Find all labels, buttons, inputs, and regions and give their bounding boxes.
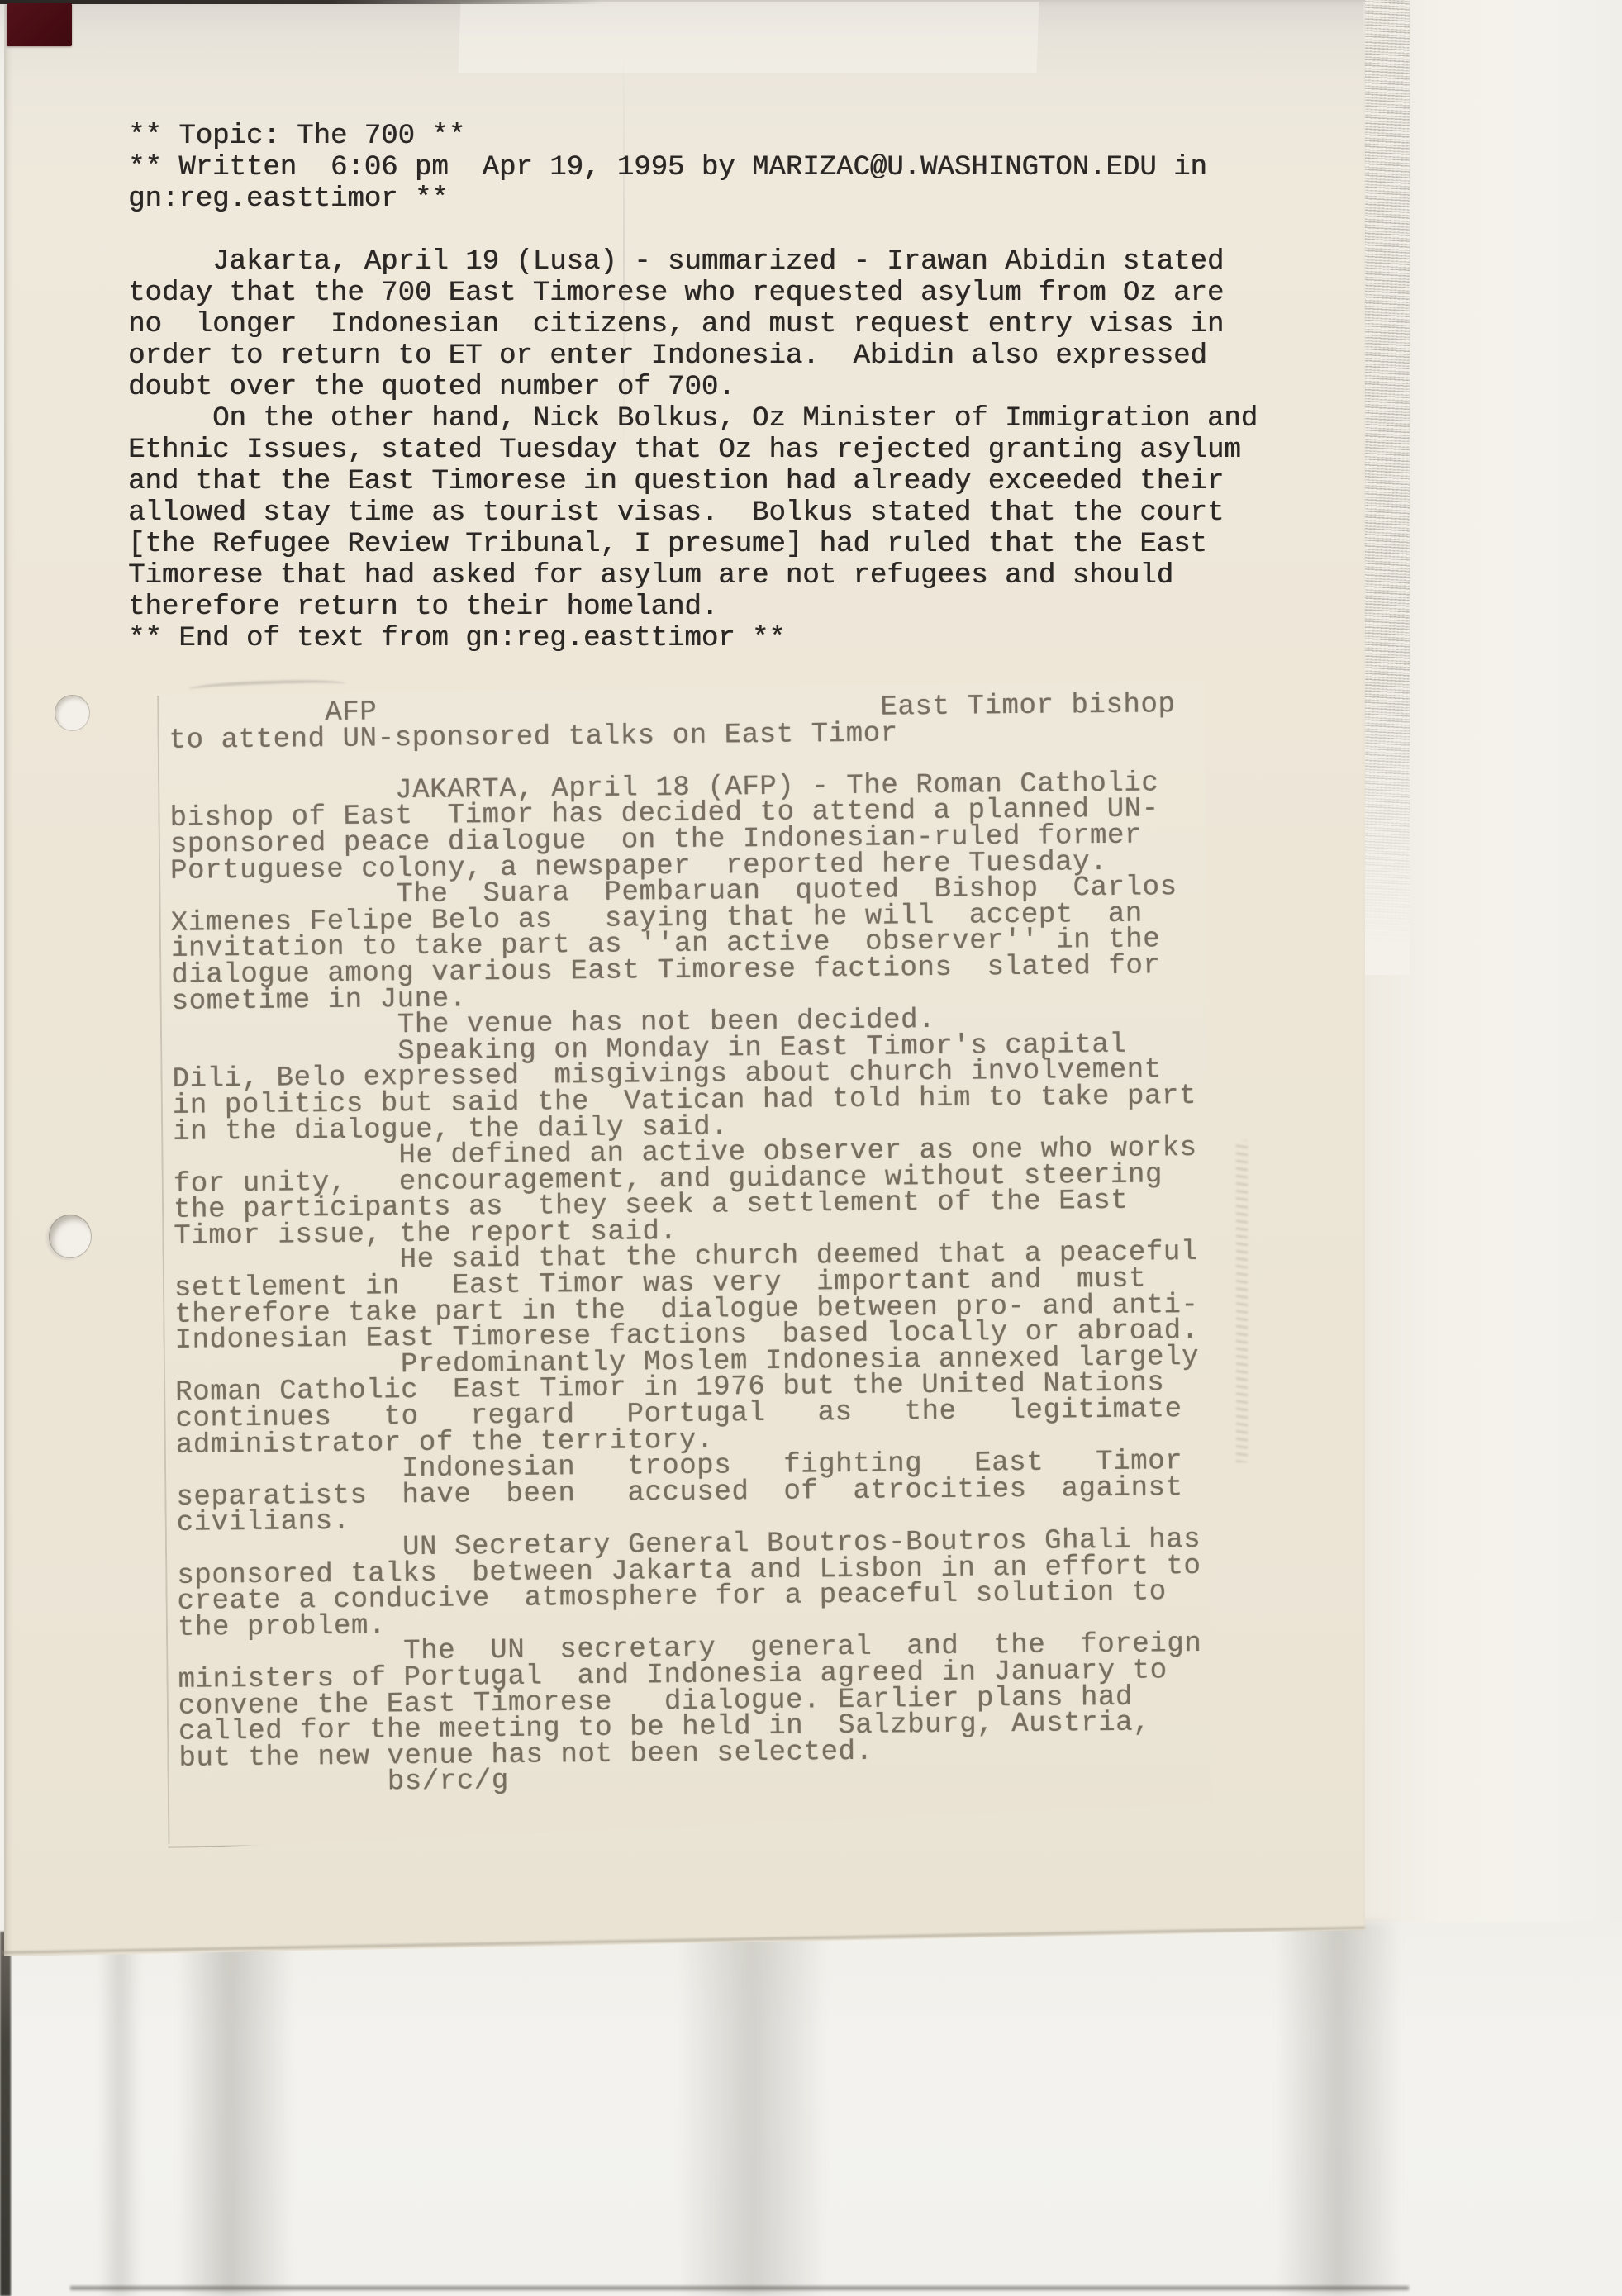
scan-edge-shadow-left bbox=[0, 1932, 11, 2296]
scan-edge-shadow-top bbox=[0, 0, 603, 4]
clipping-text: AFP East Timor bishop to attend UN-spons… bbox=[169, 692, 1203, 1799]
message-header-text: ** Topic: The 700 ** ** Written 6:06 pm … bbox=[128, 121, 1207, 215]
copier-streak bbox=[99, 1922, 140, 2296]
punch-hole-top bbox=[55, 695, 90, 731]
scan-top-highlight bbox=[458, 2, 1039, 73]
scanner-grain-strip bbox=[1360, 0, 1410, 975]
scan-noise-smudge bbox=[1236, 1140, 1248, 1462]
news-clipping: AFP East Timor bishop to attend UN-spons… bbox=[157, 681, 1215, 1849]
punch-hole-bottom bbox=[49, 1215, 92, 1258]
red-corner-mark bbox=[7, 3, 72, 46]
message-body-text: Jakarta, April 19 (Lusa) - summarized - … bbox=[128, 246, 1258, 654]
copier-streak bbox=[678, 1922, 826, 2296]
scanned-document-page: ** Topic: The 700 ** ** Written 6:06 pm … bbox=[0, 0, 1622, 2296]
scan-edge-shadow-bottom bbox=[70, 2286, 1409, 2290]
copier-streak bbox=[1277, 1922, 1401, 2296]
copier-streak-region bbox=[0, 1922, 1622, 2296]
copier-streak bbox=[178, 1922, 293, 2296]
